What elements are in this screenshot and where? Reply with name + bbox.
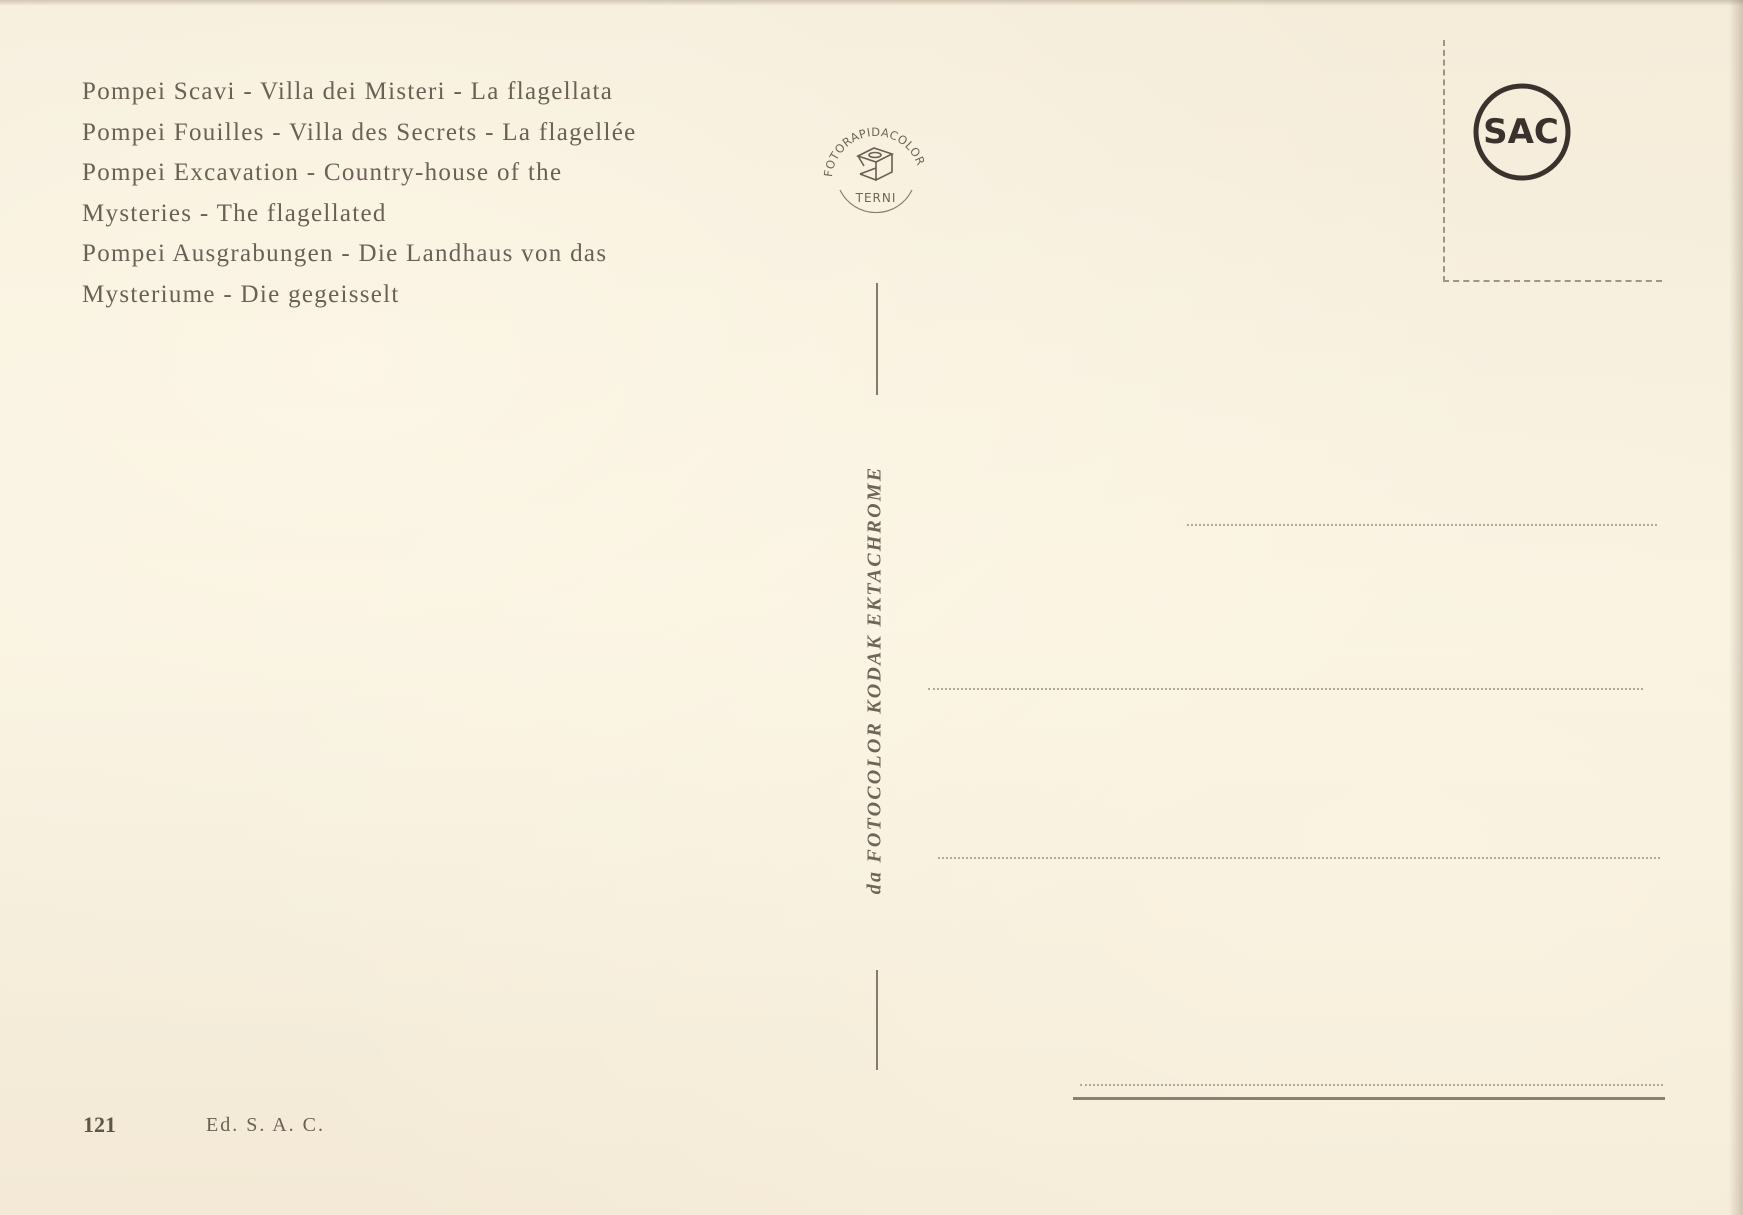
sac-stamp: SAC xyxy=(1470,80,1574,184)
card-number: 121 xyxy=(83,1112,116,1138)
address-line-4[interactable] xyxy=(1080,1084,1663,1086)
caption-line-french: Pompei Fouilles - Villa des Secrets - La… xyxy=(82,113,637,154)
address-underline xyxy=(1073,1097,1665,1100)
divider-credit-text: da FOTOCOLOR KODAK EKTACHROME xyxy=(864,466,887,895)
publisher-credit: Ed. S. A. C. xyxy=(206,1114,325,1137)
address-line-1[interactable] xyxy=(1187,524,1657,526)
svg-text:FOTORAPIDACOLOR: FOTORAPIDACOLOR xyxy=(821,125,928,178)
caption-line-german-1: Pompei Ausgrabungen - Die Landhaus von d… xyxy=(82,234,637,275)
address-line-2[interactable] xyxy=(928,688,1643,690)
paper-edge-right xyxy=(1729,0,1743,1215)
caption-block: Pompei Scavi - Villa dei Misteri - La fl… xyxy=(82,72,637,315)
caption-line-english-1: Pompei Excavation - Country-house of the xyxy=(82,153,637,194)
caption-line-english-2: Mysteries - The flagellated xyxy=(82,194,637,235)
caption-line-italian-1: Pompei Scavi - Villa dei Misteri - La fl… xyxy=(82,72,637,113)
camera-box-icon: FOTORAPIDACOLOR TERNI xyxy=(818,118,934,218)
fotorapidacolor-logo: FOTORAPIDACOLOR TERNI xyxy=(818,118,934,218)
circle-stamp-icon: SAC xyxy=(1470,80,1574,184)
center-divider-bottom xyxy=(876,970,878,1070)
svg-text:TERNI: TERNI xyxy=(855,191,897,205)
center-divider-top xyxy=(876,283,878,395)
svg-text:SAC: SAC xyxy=(1483,112,1559,152)
paper-edge-top xyxy=(0,0,1743,6)
caption-line-german-2: Mysteriume - Die gegeisselt xyxy=(82,275,637,316)
address-line-3[interactable] xyxy=(938,857,1660,859)
